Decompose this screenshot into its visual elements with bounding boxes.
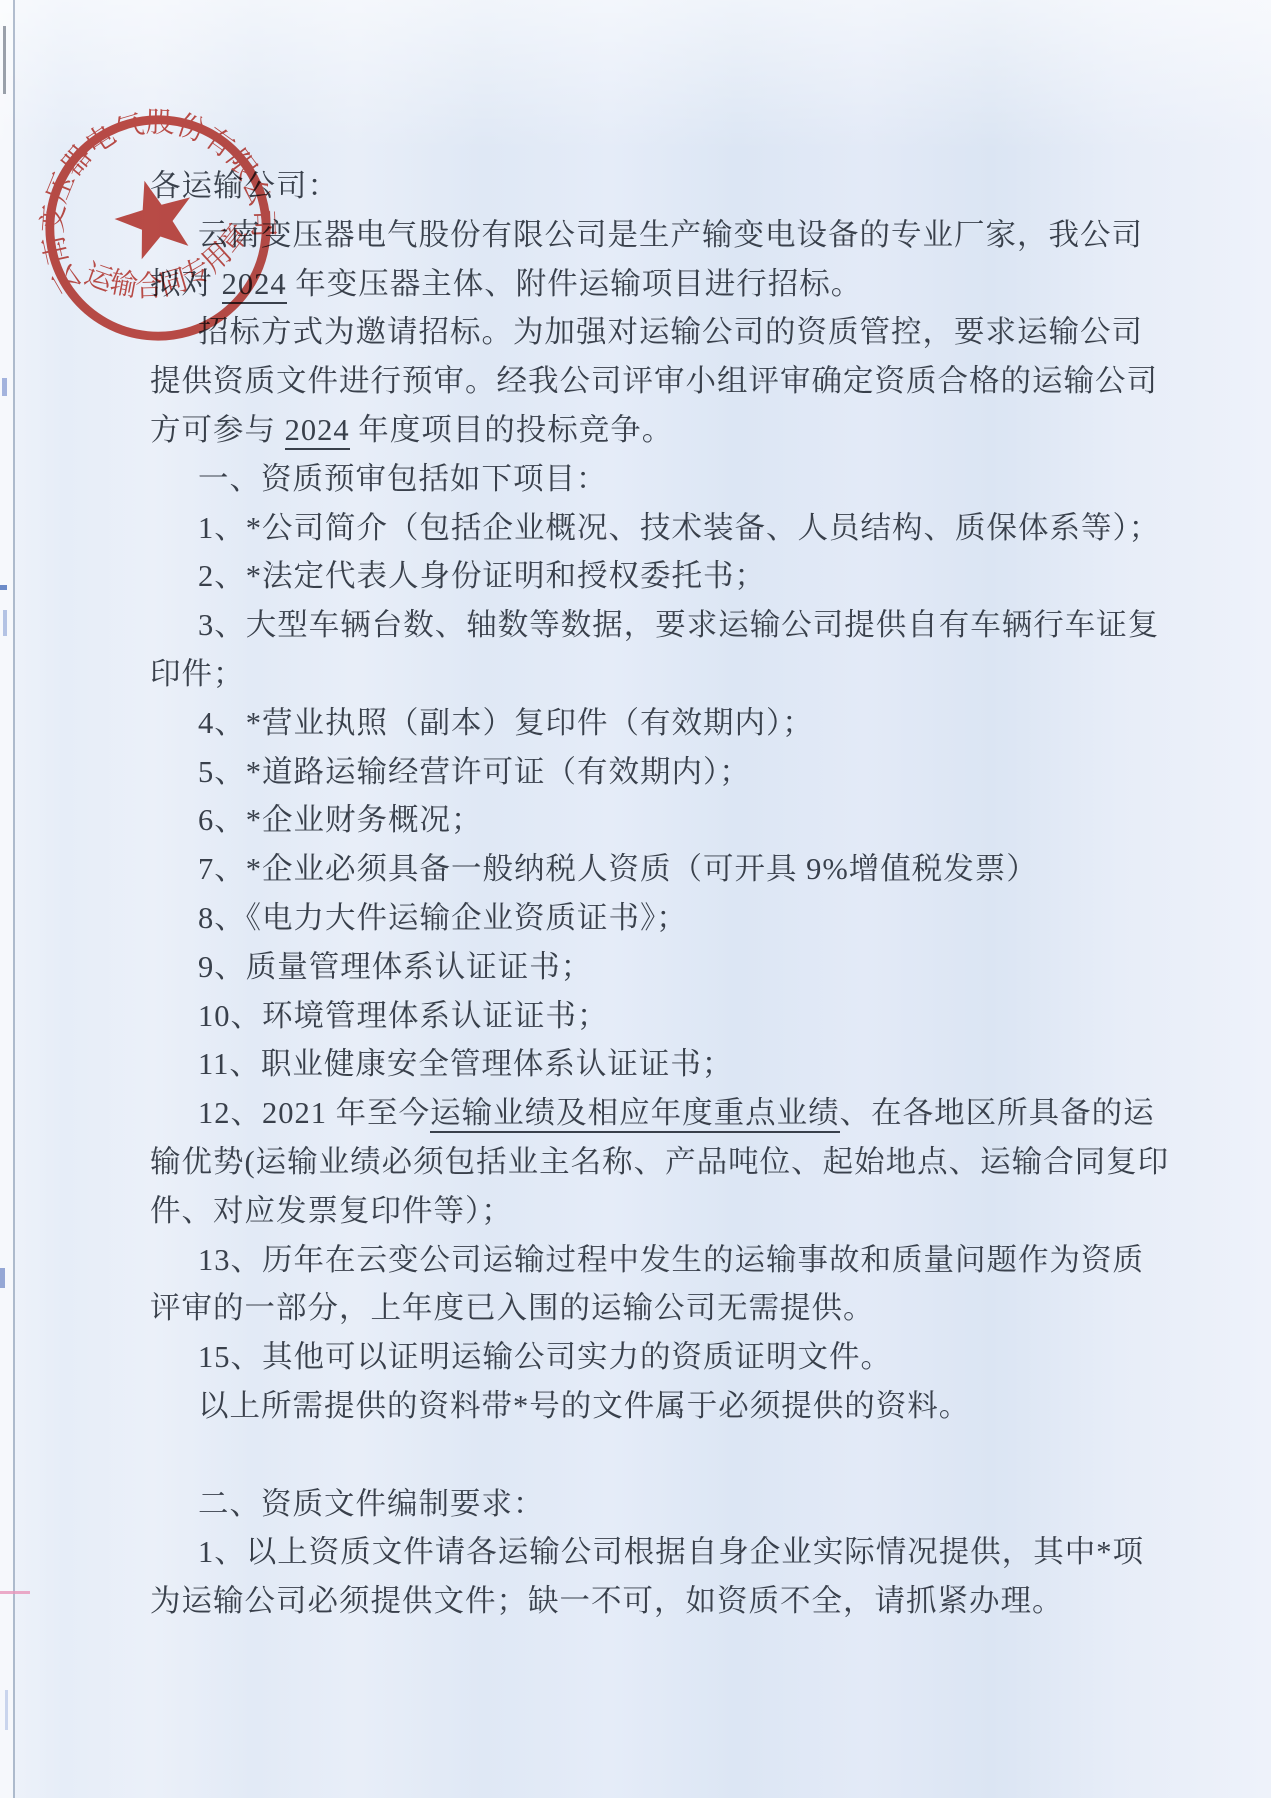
text-line: 印件； [150,650,1160,699]
text-line: 输优势(运输业绩必须包括业主名称、产品吨位、起始地点、运输合同复印 [150,1138,1160,1187]
text-segment: 1、以上资质文件请各运输公司根据自身企业实际情况提供，其中*项 [198,1535,1144,1569]
text-segment: 印件； [150,657,245,691]
scanned-document-page: 各运输公司：云南变压器电气股份有限公司是生产输变电设备的专业厂家，我公司拟对 2… [0,0,1271,1798]
text-line: 3、大型车辆台数、轴数等数据，要求运输公司提供自有车辆行车证复 [150,601,1160,650]
text-line: 以上所需提供的资料带*号的文件属于必须提供的资料。 [150,1382,1160,1431]
text-segment: 年变压器主体、附件运输项目进行招标。 [287,267,863,301]
text-line: 各运输公司： [150,162,1160,211]
scan-artifact [2,378,7,396]
text-line: 二、资质文件编制要求： [150,1480,1160,1529]
text-segment: 提供资质文件进行预审。经我公司评审小组评审确定资质合格的运输公司 [150,364,1158,398]
text-segment: 年度项目的投标竞争。 [350,413,674,447]
text-line: 7、*企业必须具备一般纳税人资质（可开具 9%增值税发票） [150,845,1160,894]
text-segment: 评审的一部分，上年度已入围的运输公司无需提供。 [150,1291,875,1325]
text-line: 1、*公司简介（包括企业概况、技术装备、人员结构、质保体系等）； [150,504,1160,553]
scan-artifact [0,1591,30,1594]
text-line: 2、*法定代表人身份证明和授权委托书； [150,552,1160,601]
document-body: 各运输公司：云南变压器电气股份有限公司是生产输变电设备的专业厂家，我公司拟对 2… [150,0,1160,1626]
text-segment: 二、资质文件编制要求： [198,1487,545,1521]
text-segment: 以上所需提供的资料带*号的文件属于必须提供的资料。 [198,1389,970,1423]
scan-artifact [0,585,7,590]
text-line: 6、*企业财务概况； [150,796,1160,845]
text-line: 8、《电力大件运输企业资质证书》； [150,894,1160,943]
text-segment: 13、历年在云变公司运输过程中发生的运输事故和质量问题作为资质 [198,1243,1144,1277]
text-segment: 6、*企业财务概况； [198,803,483,837]
text-line: 10、环境管理体系认证证书； [150,992,1160,1041]
text-segment: 为运输公司必须提供文件；缺一不可，如资质不全，请抓紧办理。 [150,1584,1064,1618]
text-segment: 8、《电力大件运输企业资质证书》； [198,901,688,935]
text-segment: 7、*企业必须具备一般纳税人资质（可开具 9%增值税发票） [198,852,1038,886]
text-segment: 9、质量管理体系认证证书； [198,950,592,984]
text-line: 15、其他可以证明运输公司实力的资质证明文件。 [150,1333,1160,1382]
text-segment: 3、大型车辆台数、轴数等数据，要求运输公司提供自有车辆行车证复 [198,608,1159,642]
text-segment: 4、*营业执照（副本）复印件（有效期内）； [198,706,814,740]
text-line: 云南变压器电气股份有限公司是生产输变电设备的专业厂家，我公司 [150,211,1160,260]
text-segment: 招标方式为邀请招标。为加强对运输公司的资质管控，要求运输公司 [198,315,1143,349]
text-segment: 云南变压器电气股份有限公司是生产输变电设备的专业厂家，我公司 [198,218,1143,252]
text-line: 为运输公司必须提供文件；缺一不可，如资质不全，请抓紧办理。 [150,1577,1160,1626]
scan-artifact [5,1690,8,1730]
scan-artifact [0,1268,5,1288]
text-segment: 、在各地区所具备的运 [840,1096,1155,1130]
scan-edge-line [13,0,15,1798]
text-line: 4、*营业执照（副本）复印件（有效期内）； [150,699,1160,748]
text-segment: 10、环境管理体系认证证书； [198,999,609,1033]
text-segment: 一、资质预审包括如下项目： [198,462,608,496]
blank-line [150,1431,1160,1480]
text-segment: 输优势(运输业绩必须包括业主名称、产品吨位、起始地点、运输合同复印 [150,1145,1169,1179]
text-segment: 11、职业健康安全管理体系认证证书； [198,1047,733,1081]
text-line: 11、职业健康安全管理体系认证证书； [150,1040,1160,1089]
underlined-text: 2024 [285,413,350,450]
text-segment: 12、2021 年至今 [198,1096,430,1130]
text-line: 9、质量管理体系认证证书； [150,943,1160,992]
text-segment: 件、对应发票复印件等）； [150,1194,513,1228]
text-segment: 5、*道路运输经营许可证（有效期内）； [198,755,751,789]
scan-artifact [3,26,6,94]
text-line: 5、*道路运输经营许可证（有效期内）； [150,748,1160,797]
text-line: 方可参与 2024 年度项目的投标竞争。 [150,406,1160,455]
text-line: 1、以上资质文件请各运输公司根据自身企业实际情况提供，其中*项 [150,1528,1160,1577]
scan-artifact [3,610,7,636]
text-line: 件、对应发票复印件等）； [150,1187,1160,1236]
underlined-text: 运输业绩及相应年度重点业绩 [430,1096,840,1133]
text-segment: 2、*法定代表人身份证明和授权委托书； [198,559,766,593]
text-line: 12、2021 年至今运输业绩及相应年度重点业绩、在各地区所具备的运 [150,1089,1160,1138]
text-segment: 15、其他可以证明运输公司实力的资质证明文件。 [198,1340,892,1374]
text-segment: 方可参与 [150,413,285,447]
text-line: 一、资质预审包括如下项目： [150,455,1160,504]
seal-star [107,170,203,263]
scan-left-edge [0,0,13,1798]
text-line: 评审的一部分，上年度已入围的运输公司无需提供。 [150,1284,1160,1333]
text-segment: 1、*公司简介（包括企业概况、技术装备、人员结构、质保体系等）； [198,511,1160,545]
text-line: 13、历年在云变公司运输过程中发生的运输事故和质量问题作为资质 [150,1236,1160,1285]
text-line: 招标方式为邀请招标。为加强对运输公司的资质管控，要求运输公司 [150,308,1160,357]
text-line: 提供资质文件进行预审。经我公司评审小组评审确定资质合格的运输公司 [150,357,1160,406]
